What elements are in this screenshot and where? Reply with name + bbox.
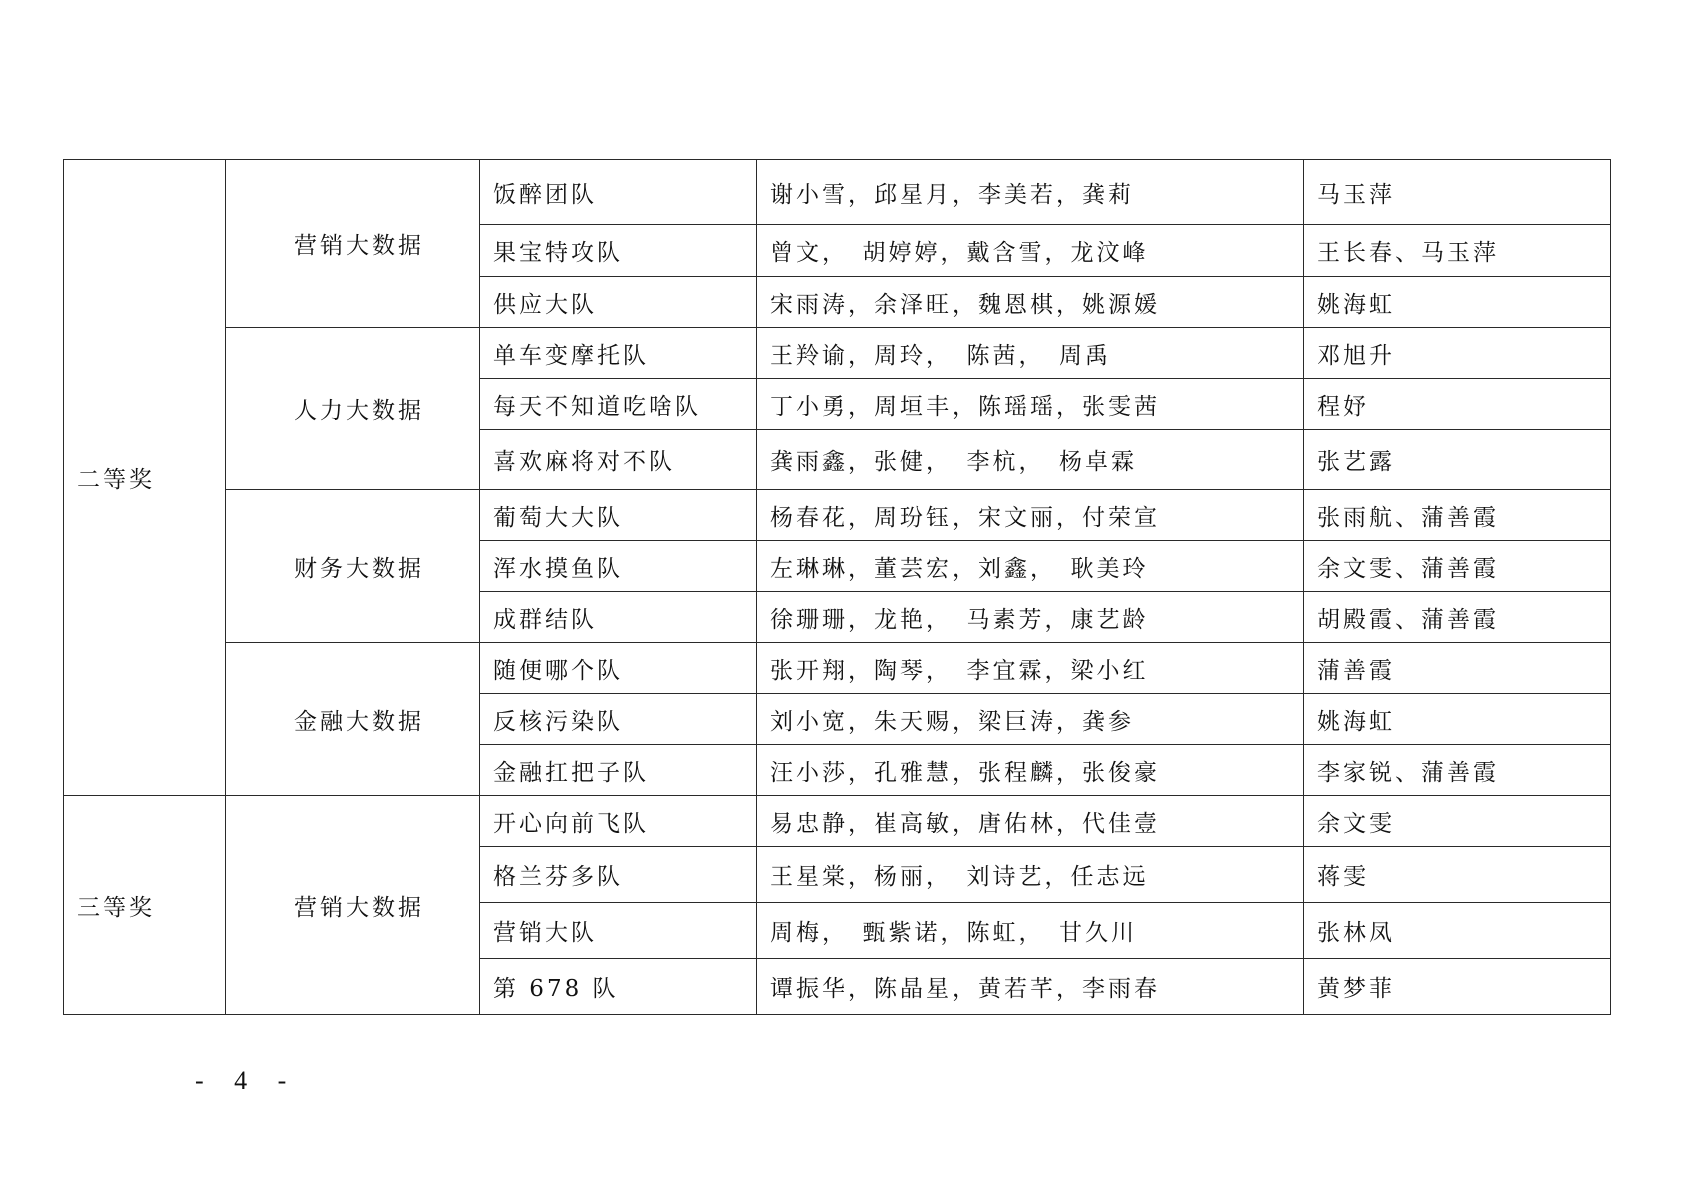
advisor: 张艺露	[1304, 430, 1611, 490]
advisor: 王长春、马玉萍	[1304, 225, 1611, 277]
team-name: 果宝特攻队	[480, 225, 757, 277]
table-row: 金融大数据 随便哪个队 张开翔，陶琴， 李宜霖，梁小红 蒲善霞	[64, 643, 1611, 694]
table-row: 三等奖 营销大数据 开心向前飞队 易忠静，崔高敏，唐佑林，代佳壹 余文雯	[64, 796, 1611, 847]
track-cell: 人力大数据	[226, 328, 480, 490]
team-name: 营销大队	[480, 903, 757, 959]
table-row: 财务大数据 葡萄大大队 杨春花，周玢钰，宋文丽，付荣宣 张雨航、蒲善霞	[64, 490, 1611, 541]
table-row: 二等奖 营销大数据 饭醉团队 谢小雪，邱星月，李美若，龚莉 马玉萍	[64, 160, 1611, 225]
track-cell: 营销大数据	[226, 796, 480, 1015]
track-cell: 金融大数据	[226, 643, 480, 796]
team-name: 随便哪个队	[480, 643, 757, 694]
team-members: 杨春花，周玢钰，宋文丽，付荣宣	[757, 490, 1304, 541]
advisor: 程妤	[1304, 379, 1611, 430]
track-cell: 营销大数据	[226, 160, 480, 328]
team-members: 谭振华，陈晶星，黄若芊，李雨春	[757, 959, 1304, 1015]
advisor: 黄梦菲	[1304, 959, 1611, 1015]
advisor: 马玉萍	[1304, 160, 1611, 225]
prize-cell: 二等奖	[64, 160, 226, 796]
advisor: 蒲善霞	[1304, 643, 1611, 694]
team-members: 周梅， 甄紫诺，陈虹， 甘久川	[757, 903, 1304, 959]
team-members: 刘小宽，朱天赐，梁巨涛，龚参	[757, 694, 1304, 745]
team-name: 浑水摸鱼队	[480, 541, 757, 592]
document-page: 二等奖 营销大数据 饭醉团队 谢小雪，邱星月，李美若，龚莉 马玉萍 果宝特攻队 …	[0, 0, 1684, 1191]
team-members: 王羚谕，周玲， 陈茜， 周禹	[757, 328, 1304, 379]
team-members: 左琳琳，董芸宏，刘鑫， 耿美玲	[757, 541, 1304, 592]
team-members: 丁小勇，周垣丰，陈瑶瑶，张雯茜	[757, 379, 1304, 430]
team-name: 喜欢麻将对不队	[480, 430, 757, 490]
team-members: 汪小莎，孔雅慧，张程麟，张俊豪	[757, 745, 1304, 796]
team-members: 曾文， 胡婷婷，戴含雪，龙汶峰	[757, 225, 1304, 277]
team-members: 龚雨鑫，张健， 李杭， 杨卓霖	[757, 430, 1304, 490]
awards-table: 二等奖 营销大数据 饭醉团队 谢小雪，邱星月，李美若，龚莉 马玉萍 果宝特攻队 …	[63, 159, 1611, 1015]
team-members: 徐珊珊，龙艳， 马素芳，康艺龄	[757, 592, 1304, 643]
prize-cell: 三等奖	[64, 796, 226, 1015]
advisor: 张林凤	[1304, 903, 1611, 959]
team-name: 金融扛把子队	[480, 745, 757, 796]
team-name: 格兰芬多队	[480, 847, 757, 903]
team-members: 张开翔，陶琴， 李宜霖，梁小红	[757, 643, 1304, 694]
advisor: 李家锐、蒲善霞	[1304, 745, 1611, 796]
team-members: 王星棠，杨丽， 刘诗艺，任志远	[757, 847, 1304, 903]
advisor: 余文雯	[1304, 796, 1611, 847]
team-name: 反核污染队	[480, 694, 757, 745]
advisor: 姚海虹	[1304, 277, 1611, 328]
advisor: 蒋雯	[1304, 847, 1611, 903]
table-row: 人力大数据 单车变摩托队 王羚谕，周玲， 陈茜， 周禹 邓旭升	[64, 328, 1611, 379]
track-cell: 财务大数据	[226, 490, 480, 643]
advisor: 余文雯、蒲善霞	[1304, 541, 1611, 592]
team-name: 每天不知道吃啥队	[480, 379, 757, 430]
team-name: 单车变摩托队	[480, 328, 757, 379]
team-members: 谢小雪，邱星月，李美若，龚莉	[757, 160, 1304, 225]
advisor: 邓旭升	[1304, 328, 1611, 379]
page-number: - 4 -	[195, 1066, 298, 1096]
team-name: 第 678 队	[480, 959, 757, 1015]
team-name: 供应大队	[480, 277, 757, 328]
team-name: 饭醉团队	[480, 160, 757, 225]
advisor: 姚海虹	[1304, 694, 1611, 745]
team-name: 开心向前飞队	[480, 796, 757, 847]
team-members: 易忠静，崔高敏，唐佑林，代佳壹	[757, 796, 1304, 847]
team-name: 葡萄大大队	[480, 490, 757, 541]
team-members: 宋雨涛，余泽旺，魏恩棋，姚源媛	[757, 277, 1304, 328]
advisor: 胡殿霞、蒲善霞	[1304, 592, 1611, 643]
team-name: 成群结队	[480, 592, 757, 643]
advisor: 张雨航、蒲善霞	[1304, 490, 1611, 541]
